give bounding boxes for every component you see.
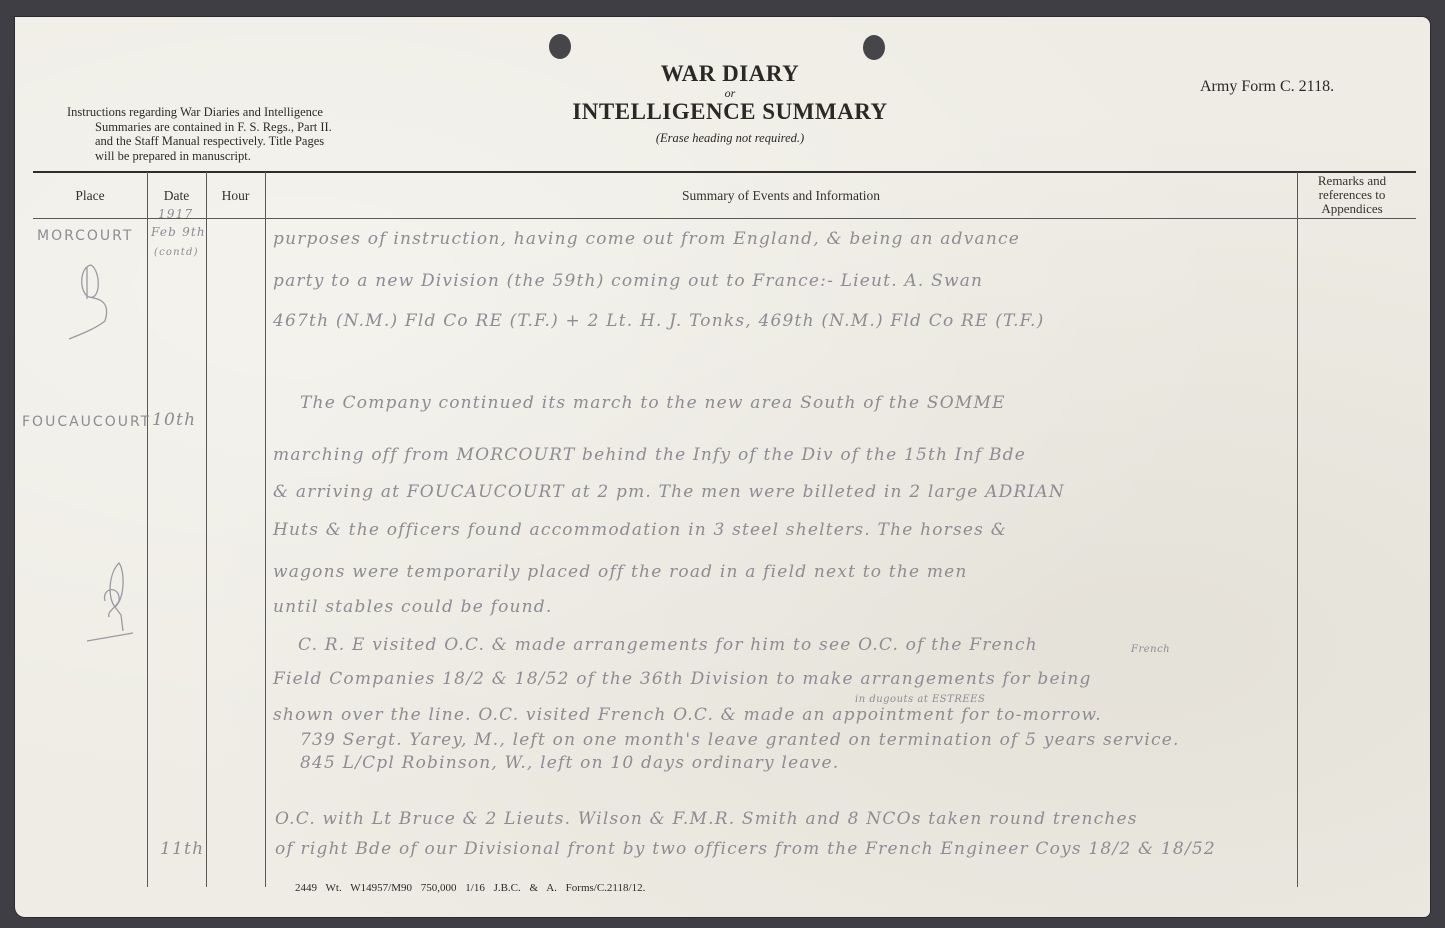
- header-place: Place: [33, 188, 147, 204]
- header-hour: Hour: [206, 188, 265, 204]
- header-summary: Summary of Events and Information: [265, 188, 1297, 204]
- header-remarks-line: Appendices: [1297, 202, 1407, 216]
- header-bottom-rule: [33, 218, 1416, 219]
- column-divider-date: [206, 172, 207, 887]
- title-or: or: [515, 87, 945, 99]
- entry-date: 11th: [160, 839, 204, 859]
- instructions-line: Summaries are contained in F. S. Regs., …: [67, 120, 407, 135]
- initials-icon: [85, 557, 145, 647]
- column-divider-place: [147, 172, 148, 887]
- title-intelligence-summary: INTELLIGENCE SUMMARY: [515, 99, 945, 125]
- printer-imprint: 2449 Wt. W14957/M90 750,000 1/16 J.B.C. …: [295, 882, 645, 894]
- instructions-text: Instructions regarding War Diaries and I…: [67, 105, 407, 163]
- column-divider-hour: [265, 172, 266, 887]
- entry-text-line: 467th (N.M.) Fld Co RE (T.F.) + 2 Lt. H.…: [273, 311, 1044, 331]
- entry-date: 10th: [152, 410, 196, 430]
- entry-text-line: purposes of instruction, having come out…: [273, 229, 1020, 249]
- header-date: Date: [147, 188, 206, 204]
- header-remarks-line: Remarks and: [1297, 174, 1407, 188]
- army-form-number: Army Form C. 2118.: [1200, 78, 1334, 96]
- entry-text-line: The Company continued its march to the n…: [300, 393, 1006, 413]
- punch-hole-right: [863, 35, 885, 60]
- entry-text-line: 845 L/Cpl Robinson, W., left on 10 days …: [300, 753, 839, 773]
- war-diary-page: Instructions regarding War Diaries and I…: [15, 17, 1430, 917]
- entry-text-line: C. R. E visited O.C. & made arrangements…: [298, 635, 1038, 655]
- entry-date-note: (contd): [154, 247, 199, 258]
- insertion-estrees: in dugouts at ESTREES: [855, 694, 985, 705]
- entry-text-line: Field Companies 18/2 & 18/52 of the 36th…: [273, 669, 1092, 689]
- entry-text-line: until stables could be found.: [273, 597, 553, 617]
- initials-icon: [65, 257, 125, 347]
- instructions-line: and the Staff Manual respectively. Title…: [67, 134, 407, 149]
- title-note: (Erase heading not required.): [515, 131, 945, 146]
- year-note: 1917: [158, 207, 193, 221]
- entry-text-line: shown over the line. O.C. visited French…: [273, 705, 1102, 725]
- instructions-line: Instructions regarding War Diaries and I…: [67, 105, 407, 120]
- header-remarks: Remarks and references to Appendices: [1297, 174, 1407, 216]
- form-title: WAR DIARY or INTELLIGENCE SUMMARY (Erase…: [515, 61, 945, 146]
- entry-text-line: wagons were temporarily placed off the r…: [273, 562, 968, 582]
- header-top-rule: [33, 171, 1416, 173]
- header-remarks-line: references to: [1297, 188, 1407, 202]
- entry-text-line: 739 Sergt. Yarey, M., left on one month'…: [300, 730, 1180, 750]
- entry-text-line: marching off from MORCOURT behind the In…: [273, 445, 1026, 465]
- entry-text-line: Huts & the officers found accommodation …: [273, 520, 1007, 540]
- punch-hole-left: [549, 34, 571, 59]
- entry-text-line: party to a new Division (the 59th) comin…: [273, 271, 983, 291]
- entry-text-line: & arriving at FOUCAUCOURT at 2 pm. The m…: [273, 482, 1065, 502]
- insertion-french: French: [1131, 644, 1170, 655]
- title-war-diary: WAR DIARY: [515, 61, 945, 87]
- instructions-line: will be prepared in manuscript.: [67, 149, 407, 164]
- column-divider-remarks: [1297, 172, 1298, 887]
- entry-place: FOUCAUCOURT: [22, 414, 151, 430]
- entry-text-line: of right Bde of our Divisional front by …: [275, 839, 1216, 859]
- entry-date: Feb 9th: [151, 225, 206, 239]
- entry-text-line: O.C. with Lt Bruce & 2 Lieuts. Wilson & …: [275, 809, 1138, 829]
- entry-place: MORCOURT: [37, 228, 133, 244]
